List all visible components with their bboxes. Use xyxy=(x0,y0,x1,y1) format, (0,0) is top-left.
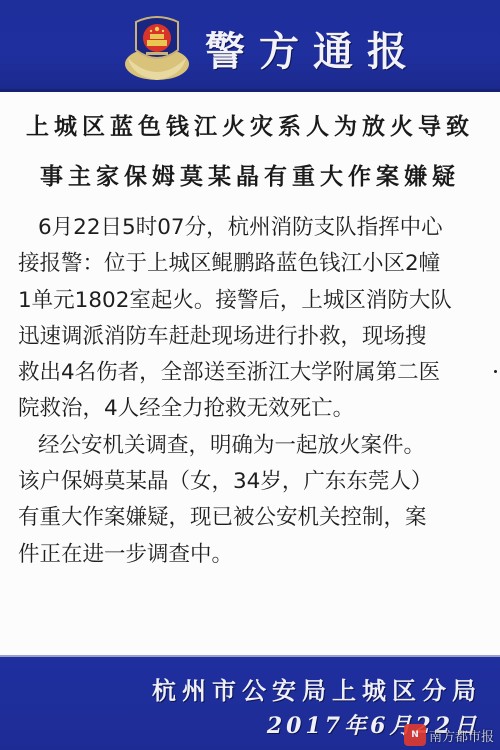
body-line: 救出4名伤者，全部送至浙江大学附属第二医 xyxy=(18,355,486,391)
body-line: 院救治，4人经全力抢救无效死亡。 xyxy=(18,391,486,427)
header-title: 警方通报 xyxy=(205,20,421,77)
headline-line-2: 事主家保姆莫某晶有重大作案嫌疑 xyxy=(0,158,500,191)
header-banner: 警方通报 xyxy=(0,0,500,92)
watermark: N 南方都市报 xyxy=(404,723,494,747)
body-line: 6月22日5时07分，杭州消防支队指挥中心 xyxy=(18,210,486,246)
body-line: 1单元1802室起火。接警后，上城区消防大队 xyxy=(18,283,486,319)
police-emblem-icon xyxy=(122,14,192,82)
body-line: 迅速调派消防车赶赴现场进行扑救，现场搜 xyxy=(18,319,486,355)
body-line: 经公安机关调查，明确为一起放火案件。 xyxy=(18,428,486,464)
body-line: 件正在进一步调查中。 xyxy=(18,537,486,573)
stray-dot xyxy=(494,370,497,373)
issuing-organization: 杭州市公安局上城区分局 xyxy=(152,671,482,706)
notice-body: 6月22日5时07分，杭州消防支队指挥中心 接报警：位于上城区鲲鹏路蓝色钱江小区… xyxy=(18,210,486,573)
headline-line-1: 上城区蓝色钱江火灾系人为放火导致 xyxy=(0,108,500,141)
body-line: 接报警：位于上城区鲲鹏路蓝色钱江小区2幢 xyxy=(18,246,486,282)
body-line: 该户保姆莫某晶（女，34岁，广东东莞人） xyxy=(18,464,486,500)
body-line: 有重大作案嫌疑，现已被公安机关控制，案 xyxy=(18,500,486,536)
watermark-text: 南方都市报 xyxy=(429,726,494,745)
newspaper-logo-icon: N xyxy=(404,724,426,746)
